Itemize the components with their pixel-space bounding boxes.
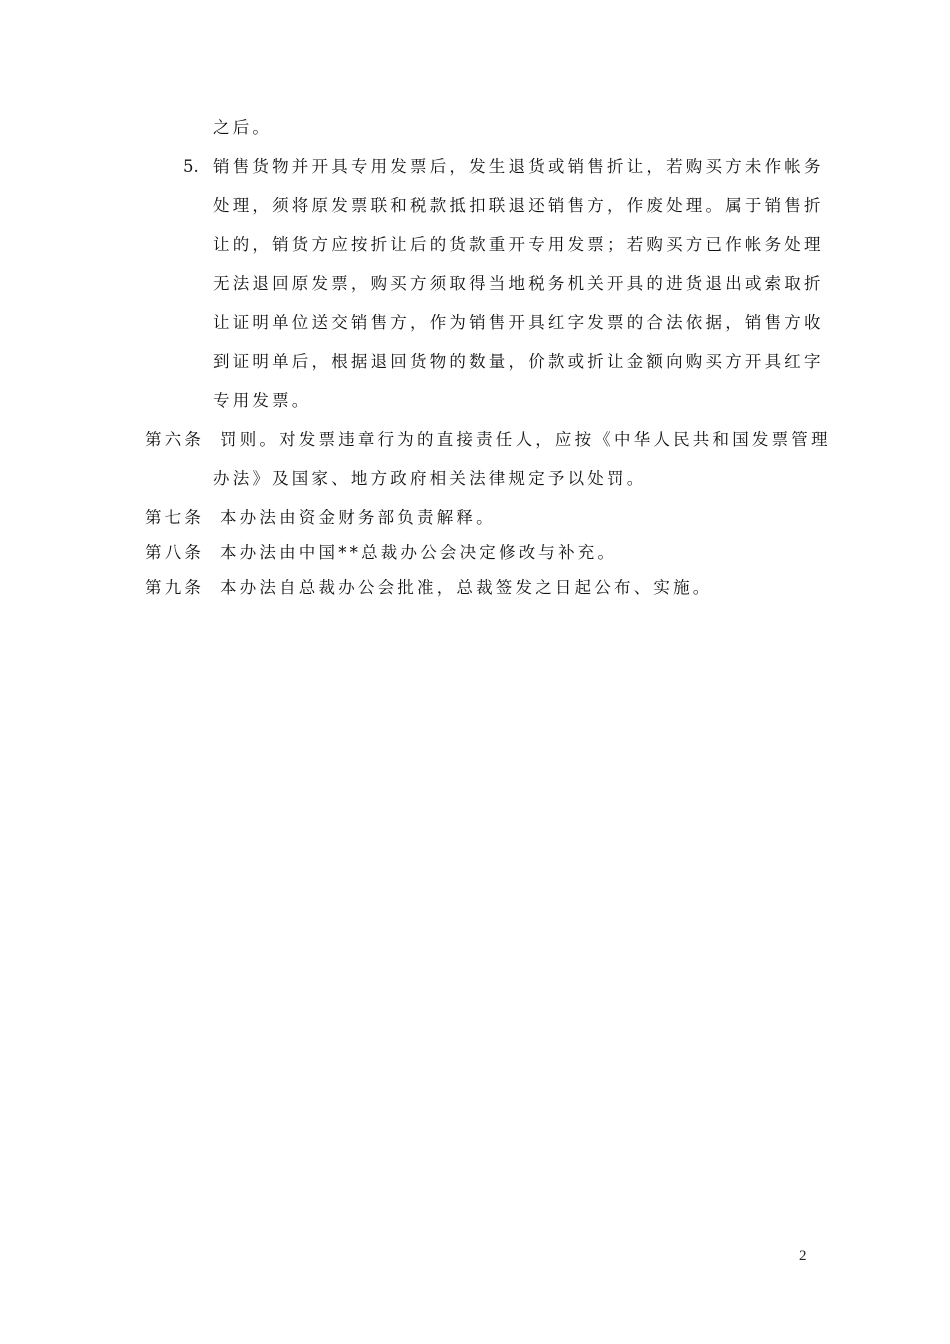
page-number: 2 bbox=[799, 1247, 807, 1265]
list-item-5-line-7: 专用发票。 bbox=[213, 390, 312, 412]
list-item-5-line-4: 无法退回原发票，购买方须取得当地税务机关开具的进货退出或索取折 bbox=[213, 273, 824, 295]
list-item-5-line-1: 销售货物并开具专用发票后，发生退货或销售折让，若购买方未作帐务 bbox=[213, 156, 824, 178]
article-6-line-2: 办法》及国家、地方政府相关法律规定予以处罚。 bbox=[213, 468, 646, 490]
list-item-5-line-5: 让证明单位送交销售方，作为销售开具红字发票的合法依据，销售方收 bbox=[213, 312, 824, 334]
article-8-label: 第八条 bbox=[145, 542, 204, 564]
article-6-label: 第六条 bbox=[145, 429, 204, 451]
list-item-5-line-2: 处理，须将原发票联和税款抵扣联退还销售方，作废处理。属于销售折 bbox=[213, 195, 824, 217]
document-page: 之后。 5. 销售货物并开具专用发票后，发生退货或销售折让，若购买方未作帐务 处… bbox=[0, 0, 950, 1344]
list-item-5-line-6: 到证明单后，根据退回货物的数量，价款或折让金额向购买方开具红字 bbox=[213, 351, 824, 373]
article-9-label: 第九条 bbox=[145, 577, 204, 599]
list-item-number: 5. bbox=[183, 156, 199, 178]
article-6-line-1: 罚则。对发票违章行为的直接责任人，应按《中华人民共和国发票管理 bbox=[220, 429, 831, 451]
list-item-5-line-3: 让的，销货方应按折让后的货款重开专用发票；若购买方已作帐务处理 bbox=[213, 234, 824, 256]
article-9-text: 本办法自总裁办公会批准，总裁签发之日起公布、实施。 bbox=[220, 577, 713, 599]
continuation-text: 之后。 bbox=[213, 117, 272, 139]
article-7-label: 第七条 bbox=[145, 507, 204, 529]
article-8-text: 本办法由中国**总裁办公会决定修改与补充。 bbox=[220, 542, 617, 564]
article-7-text: 本办法由资金财务部负责解释。 bbox=[220, 507, 496, 529]
